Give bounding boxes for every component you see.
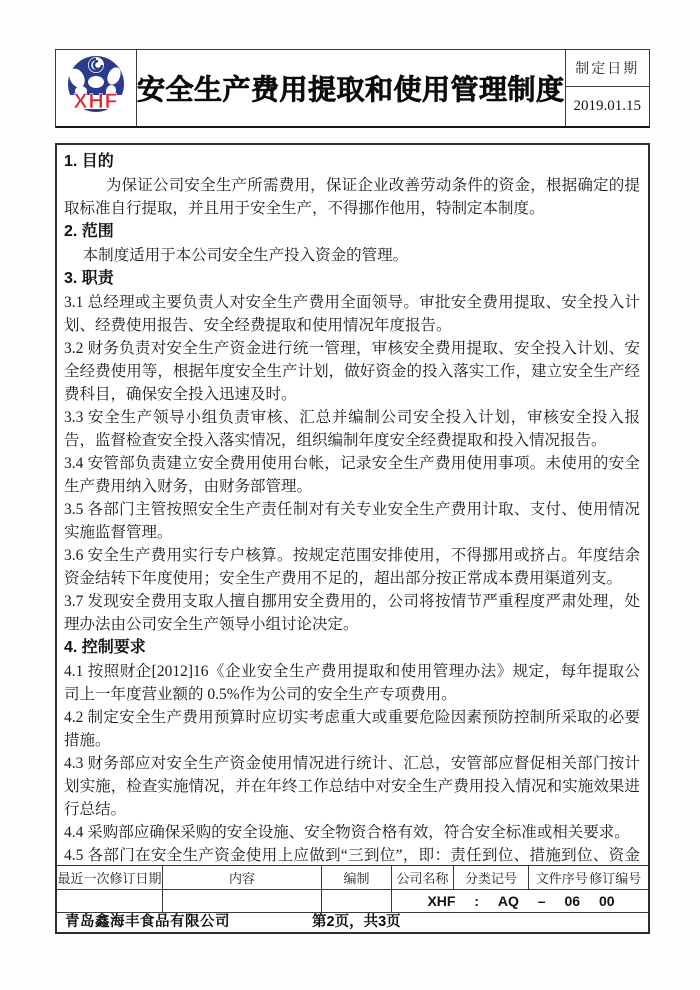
empty-cell	[163, 890, 322, 912]
code-classification: AQ	[498, 893, 519, 909]
paragraph: 3.5 各部门主管按照安全生产责任制对有关专业安全生产费用计取、支付、使用情况实…	[64, 498, 640, 544]
section-control-requirements: 4. 控制要求 4.1 按照财企[2012]16《企业安全生产费用提取和使用管理…	[64, 636, 640, 865]
logo-cell: XHF	[56, 50, 137, 126]
date-cell: 制定日期 2019.01.15	[565, 50, 649, 126]
col-header-company-name: 公司名称	[392, 866, 454, 889]
empty-cell	[322, 890, 392, 912]
paragraph: 4.3 财务部应对安全生产资金使用情况进行统计、汇总，安管部应督促相关部门按计划…	[64, 752, 640, 821]
section-scope: 2. 范围 本制度适用于本公司安全生产投入资金的管理。	[64, 220, 640, 267]
paragraph: 3.4 安管部负责建立安全费用使用台帐，记录安全生产费用使用事项。未使用的安全生…	[64, 452, 640, 498]
xhf-globe-logo-icon: XHF	[56, 53, 136, 123]
paragraph: 4.2 制定安全生产费用预算时应切实考虑重大或重要危险因素预防控制所采取的必要措…	[64, 706, 640, 752]
date-value: 2019.01.15	[566, 87, 649, 126]
code-company: XHF	[427, 893, 455, 909]
col-header-compiler: 编制	[322, 866, 392, 889]
code-file-number: 06	[564, 893, 580, 909]
paragraph: 4.1 按照财企[2012]16《企业安全生产费用提取和使用管理办法》规定，每年…	[64, 660, 640, 706]
section-heading: 2. 范围	[64, 220, 640, 244]
col-header-file-number: 文件序号	[536, 868, 588, 887]
revision-table: 最近一次修订日期 内容 编制 公司名称 分类记号 文件序号 修订编号 XHF :…	[55, 865, 650, 934]
header-table: XHF 安全生产费用提取和使用管理制度 制定日期 2019.01.15	[55, 49, 650, 128]
empty-cell	[57, 890, 163, 912]
title-cell: 安全生产费用提取和使用管理制度	[137, 50, 565, 126]
paragraph: 3.2 财务负责对安全生产资金进行统一管理，审核安全费用提取、安全投入计划、安全…	[64, 337, 640, 406]
paragraph: 4.5 各部门在安全生产资金使用上应做到“三到位”，即：责任到位、措施到位、资金…	[64, 844, 640, 865]
revision-table-value-row: XHF : AQ – 06 00	[57, 890, 648, 913]
content-area: 1. 目的 为保证公司安全生产所需费用，保证企业改善劳动条件的资金，根据确定的提…	[55, 143, 650, 865]
page: XHF 安全生产费用提取和使用管理制度 制定日期 2019.01.15 1. 目…	[0, 0, 700, 990]
section-heading: 1. 目的	[64, 150, 640, 174]
col-header-file-and-revision-number: 文件序号 修订编号	[529, 866, 648, 889]
paragraph: 3.3 安全生产领导小组负责审核、汇总并编制公司安全投入计划，审核安全投入报告，…	[64, 406, 640, 452]
footer-bottom-row: 青岛鑫海丰食品有限公司 第2页，共3页	[57, 913, 648, 932]
section-heading: 3. 职责	[64, 267, 640, 291]
col-header-revision-number: 修订编号	[589, 868, 641, 887]
paragraph: 3.7 发现安全费用支取人擅自挪用安全费用的，公司将按情节严重程度严肃处理，处理…	[64, 590, 640, 636]
logo-text: XHF	[74, 90, 119, 113]
col-header-content: 内容	[163, 866, 322, 889]
company-name: 青岛鑫海丰食品有限公司	[65, 913, 230, 931]
date-label: 制定日期	[566, 50, 649, 87]
document-title: 安全生产费用提取和使用管理制度	[137, 68, 565, 108]
section-heading: 4. 控制要求	[64, 636, 640, 660]
paragraph: 为保证公司安全生产所需费用，保证企业改善劳动条件的资金，根据确定的提取标准自行提…	[64, 174, 640, 220]
col-header-classification-mark: 分类记号	[454, 866, 529, 889]
paragraph: 4.4 采购部应确保采购的安全设施、安全物资合格有效，符合安全标准或相关要求。	[64, 821, 640, 844]
revision-table-header-row: 最近一次修订日期 内容 编制 公司名称 分类记号 文件序号 修订编号	[57, 866, 648, 890]
section-responsibilities: 3. 职责 3.1 总经理或主要负责人对安全生产费用全面领导。审批安全费用提取、…	[64, 267, 640, 636]
col-header-last-revision-date: 最近一次修订日期	[57, 866, 163, 889]
document-code: XHF : AQ – 06 00	[392, 890, 648, 912]
section-purpose: 1. 目的 为保证公司安全生产所需费用，保证企业改善劳动条件的资金，根据确定的提…	[64, 150, 640, 220]
paragraph: 本制度适用于本公司安全生产投入资金的管理。	[64, 244, 640, 267]
paragraph: 3.1 总经理或主要负责人对安全生产费用全面领导。审批安全费用提取、安全投入计划…	[64, 291, 640, 337]
page-indicator: 第2页，共3页	[312, 913, 401, 931]
code-dash: –	[538, 893, 546, 909]
paragraph: 3.6 安全生产费用实行专户核算。按规定范围安排使用，不得挪用或挤占。年度结余资…	[64, 544, 640, 590]
code-revision-number: 00	[599, 893, 615, 909]
code-colon: :	[474, 893, 479, 909]
